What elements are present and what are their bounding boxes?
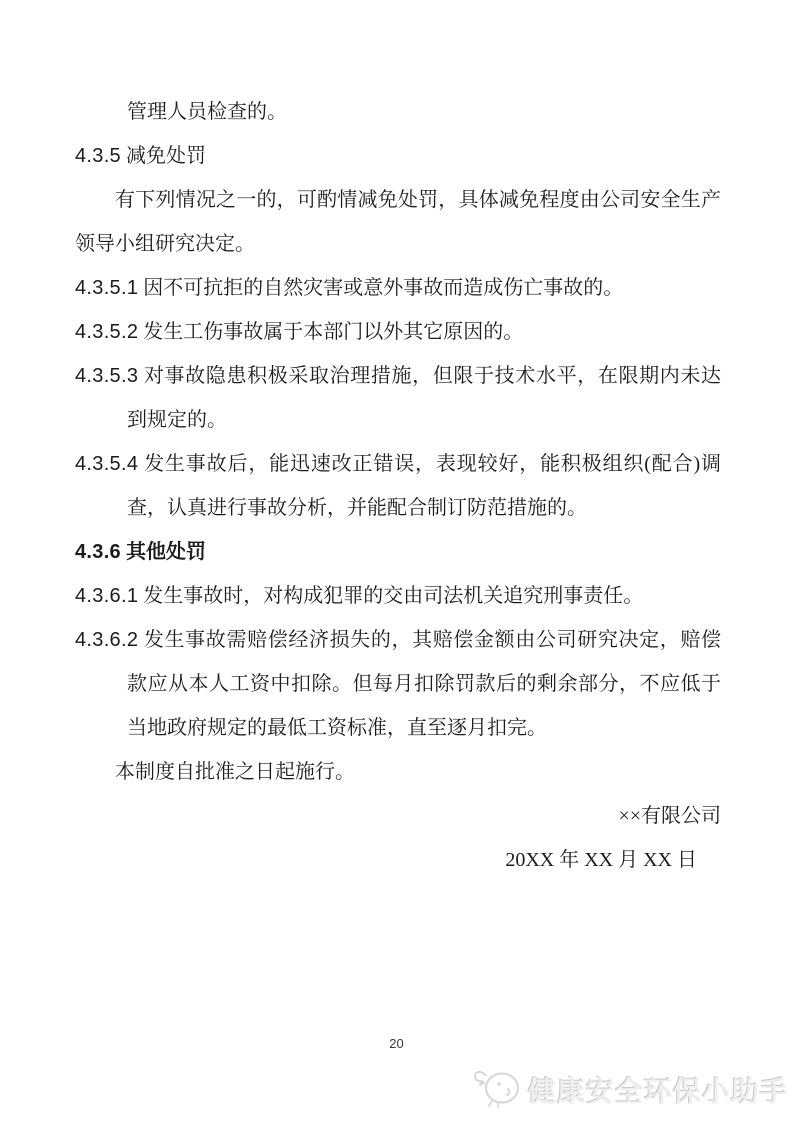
- clause-number: 4.3.6.1: [75, 585, 138, 607]
- paragraph: 20XX 年 XX 月 XX 日: [75, 838, 721, 882]
- clause-text: 发生事故需赔偿经济损失的，其赔偿金额由公司研究决定，赔偿款应从本人工资中扣除。但…: [127, 629, 721, 739]
- clause-paragraph: 4.3.5.4 发生事故后，能迅速改正错误，表现较好，能积极组织(配合)调查，认…: [75, 442, 721, 530]
- clause-number: 4.3.5.2: [75, 321, 138, 343]
- clause-number: 4.3.5.3: [75, 365, 138, 387]
- clause-paragraph: 4.3.5.3 对事故隐患积极采取治理措施，但限于技术水平，在限期内未达到规定的…: [75, 354, 721, 442]
- mascot-icon: [472, 1062, 524, 1117]
- paragraph: 管理人员检查的。: [75, 90, 721, 134]
- clause-paragraph: 4.3.6.2 发生事故需赔偿经济损失的，其赔偿金额由公司研究决定，赔偿款应从本…: [75, 618, 721, 750]
- paragraph: ××有限公司: [75, 794, 721, 838]
- clause-paragraph: 4.3.6 其他处罚: [75, 530, 721, 574]
- page-number: 20: [0, 1036, 793, 1051]
- clause-text: 减免处罚: [126, 145, 206, 167]
- watermark: 健康安全环保小助手: [472, 1062, 789, 1117]
- clause-number: 4.3.5: [75, 145, 121, 167]
- clause-text: 对事故隐患积极采取治理措施，但限于技术水平，在限期内未达到规定的。: [127, 365, 721, 431]
- clause-text: 因不可抗拒的自然灾害或意外事故而造成伤亡事故的。: [143, 277, 623, 299]
- clause-number: 4.3.6: [75, 541, 121, 563]
- clause-paragraph: 4.3.5 减免处罚: [75, 134, 721, 178]
- document-page: 管理人员检查的。4.3.5 减免处罚有下列情况之一的，可酌情减免处罚，具体减免程…: [0, 0, 793, 1122]
- paragraph: 有下列情况之一的，可酌情减免处罚，具体减免程度由公司安全生产领导小组研究决定。: [75, 178, 721, 266]
- clause-number: 4.3.5.4: [75, 453, 138, 475]
- watermark-text: 健康安全环保小助手: [528, 1070, 789, 1110]
- clause-number: 4.3.6.2: [75, 629, 138, 651]
- document-body: 管理人员检查的。4.3.5 减免处罚有下列情况之一的，可酌情减免处罚，具体减免程…: [75, 90, 721, 882]
- clause-paragraph: 4.3.5.2 发生工伤事故属于本部门以外其它原因的。: [75, 310, 721, 354]
- clause-text: 发生工伤事故属于本部门以外其它原因的。: [143, 321, 523, 343]
- clause-paragraph: 4.3.5.1 因不可抗拒的自然灾害或意外事故而造成伤亡事故的。: [75, 266, 721, 310]
- paragraph: 本制度自批准之日起施行。: [75, 750, 721, 794]
- clause-text: 其他处罚: [126, 541, 206, 563]
- clause-number: 4.3.5.1: [75, 277, 138, 299]
- clause-text: 发生事故时，对构成犯罪的交由司法机关追究刑事责任。: [143, 585, 643, 607]
- clause-paragraph: 4.3.6.1 发生事故时，对构成犯罪的交由司法机关追究刑事责任。: [75, 574, 721, 618]
- clause-text: 发生事故后，能迅速改正错误，表现较好，能积极组织(配合)调查，认真进行事故分析，…: [127, 453, 721, 519]
